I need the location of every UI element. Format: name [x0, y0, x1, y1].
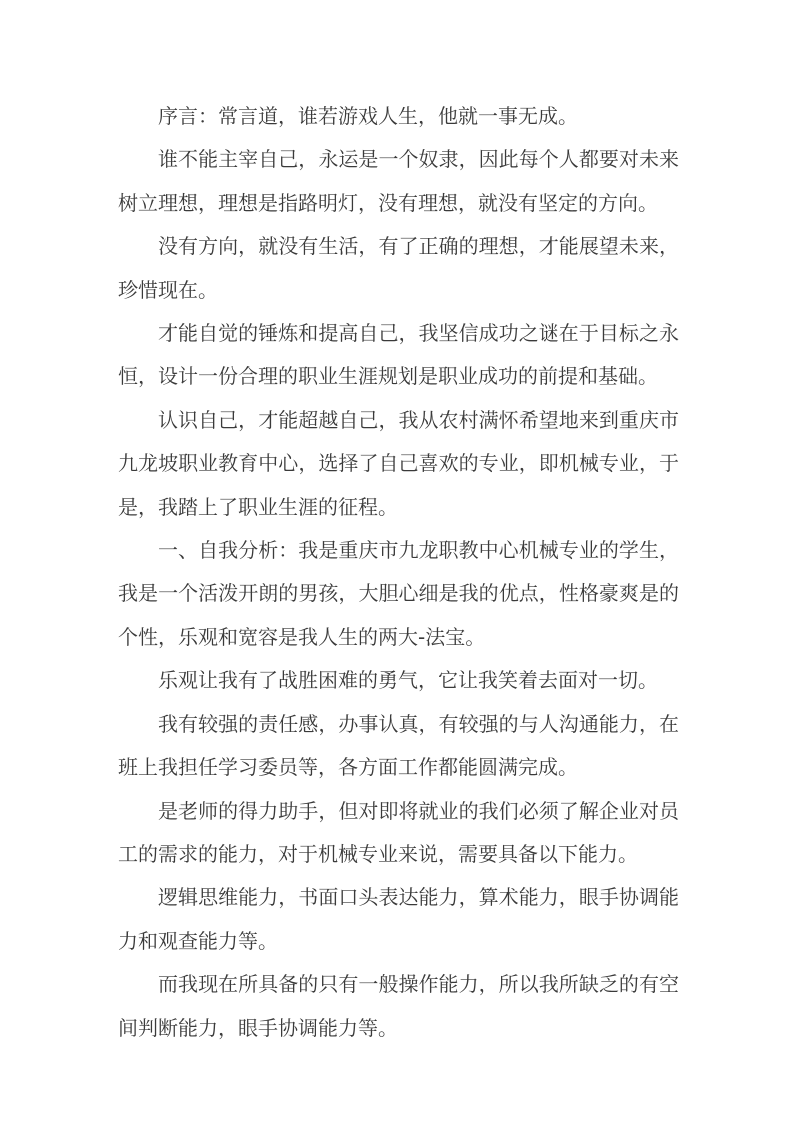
paragraph: 逻辑思维能力，书面口头表达能力，算术能力，眼手协调能力和观查能力等。	[118, 876, 679, 963]
paragraph-preface: 序言：常言道，谁若游戏人生，他就一事无成。	[118, 95, 679, 138]
document-viewport: { "document": { "page_background": "#fff…	[0, 0, 793, 1122]
paragraph: 谁不能主宰自己，永运是一个奴隶，因此每个人都要对未来树立理想，理想是指路明灯，没…	[118, 138, 679, 225]
paragraph: 认识自己，才能超越自己，我从农村满怀希望地来到重庆市九龙坡职业教育中心，选择了自…	[118, 399, 679, 529]
paragraph: 乐观让我有了战胜困难的勇气，它让我笑着去面对一切。	[118, 659, 679, 702]
paragraph: 我有较强的责任感，办事认真，有较强的与人沟通能力，在班上我担任学习委员等，各方面…	[118, 703, 679, 790]
paragraph: 而我现在所具备的只有一般操作能力，所以我所缺乏的有空间判断能力，眼手协调能力等。	[118, 963, 679, 1050]
paragraph: 是老师的得力助手，但对即将就业的我们必须了解企业对员工的需求的能力，对于机械专业…	[118, 790, 679, 877]
paragraph-self-analysis-heading: 一、自我分析：我是重庆市九龙职教中心机械专业的学生，我是一个活泼开朗的男孩，大胆…	[118, 529, 679, 659]
paragraph: 才能自觉的锤炼和提高自己，我坚信成功之谜在于目标之永恒，设计一份合理的职业生涯规…	[118, 312, 679, 399]
document-page: 序言：常言道，谁若游戏人生，他就一事无成。 谁不能主宰自己，永运是一个奴隶，因此…	[0, 0, 793, 1122]
document-body: 序言：常言道，谁若游戏人生，他就一事无成。 谁不能主宰自己，永运是一个奴隶，因此…	[118, 95, 679, 1050]
paragraph: 没有方向，就没有生活，有了正确的理想，才能展望未来，珍惜现在。	[118, 225, 679, 312]
